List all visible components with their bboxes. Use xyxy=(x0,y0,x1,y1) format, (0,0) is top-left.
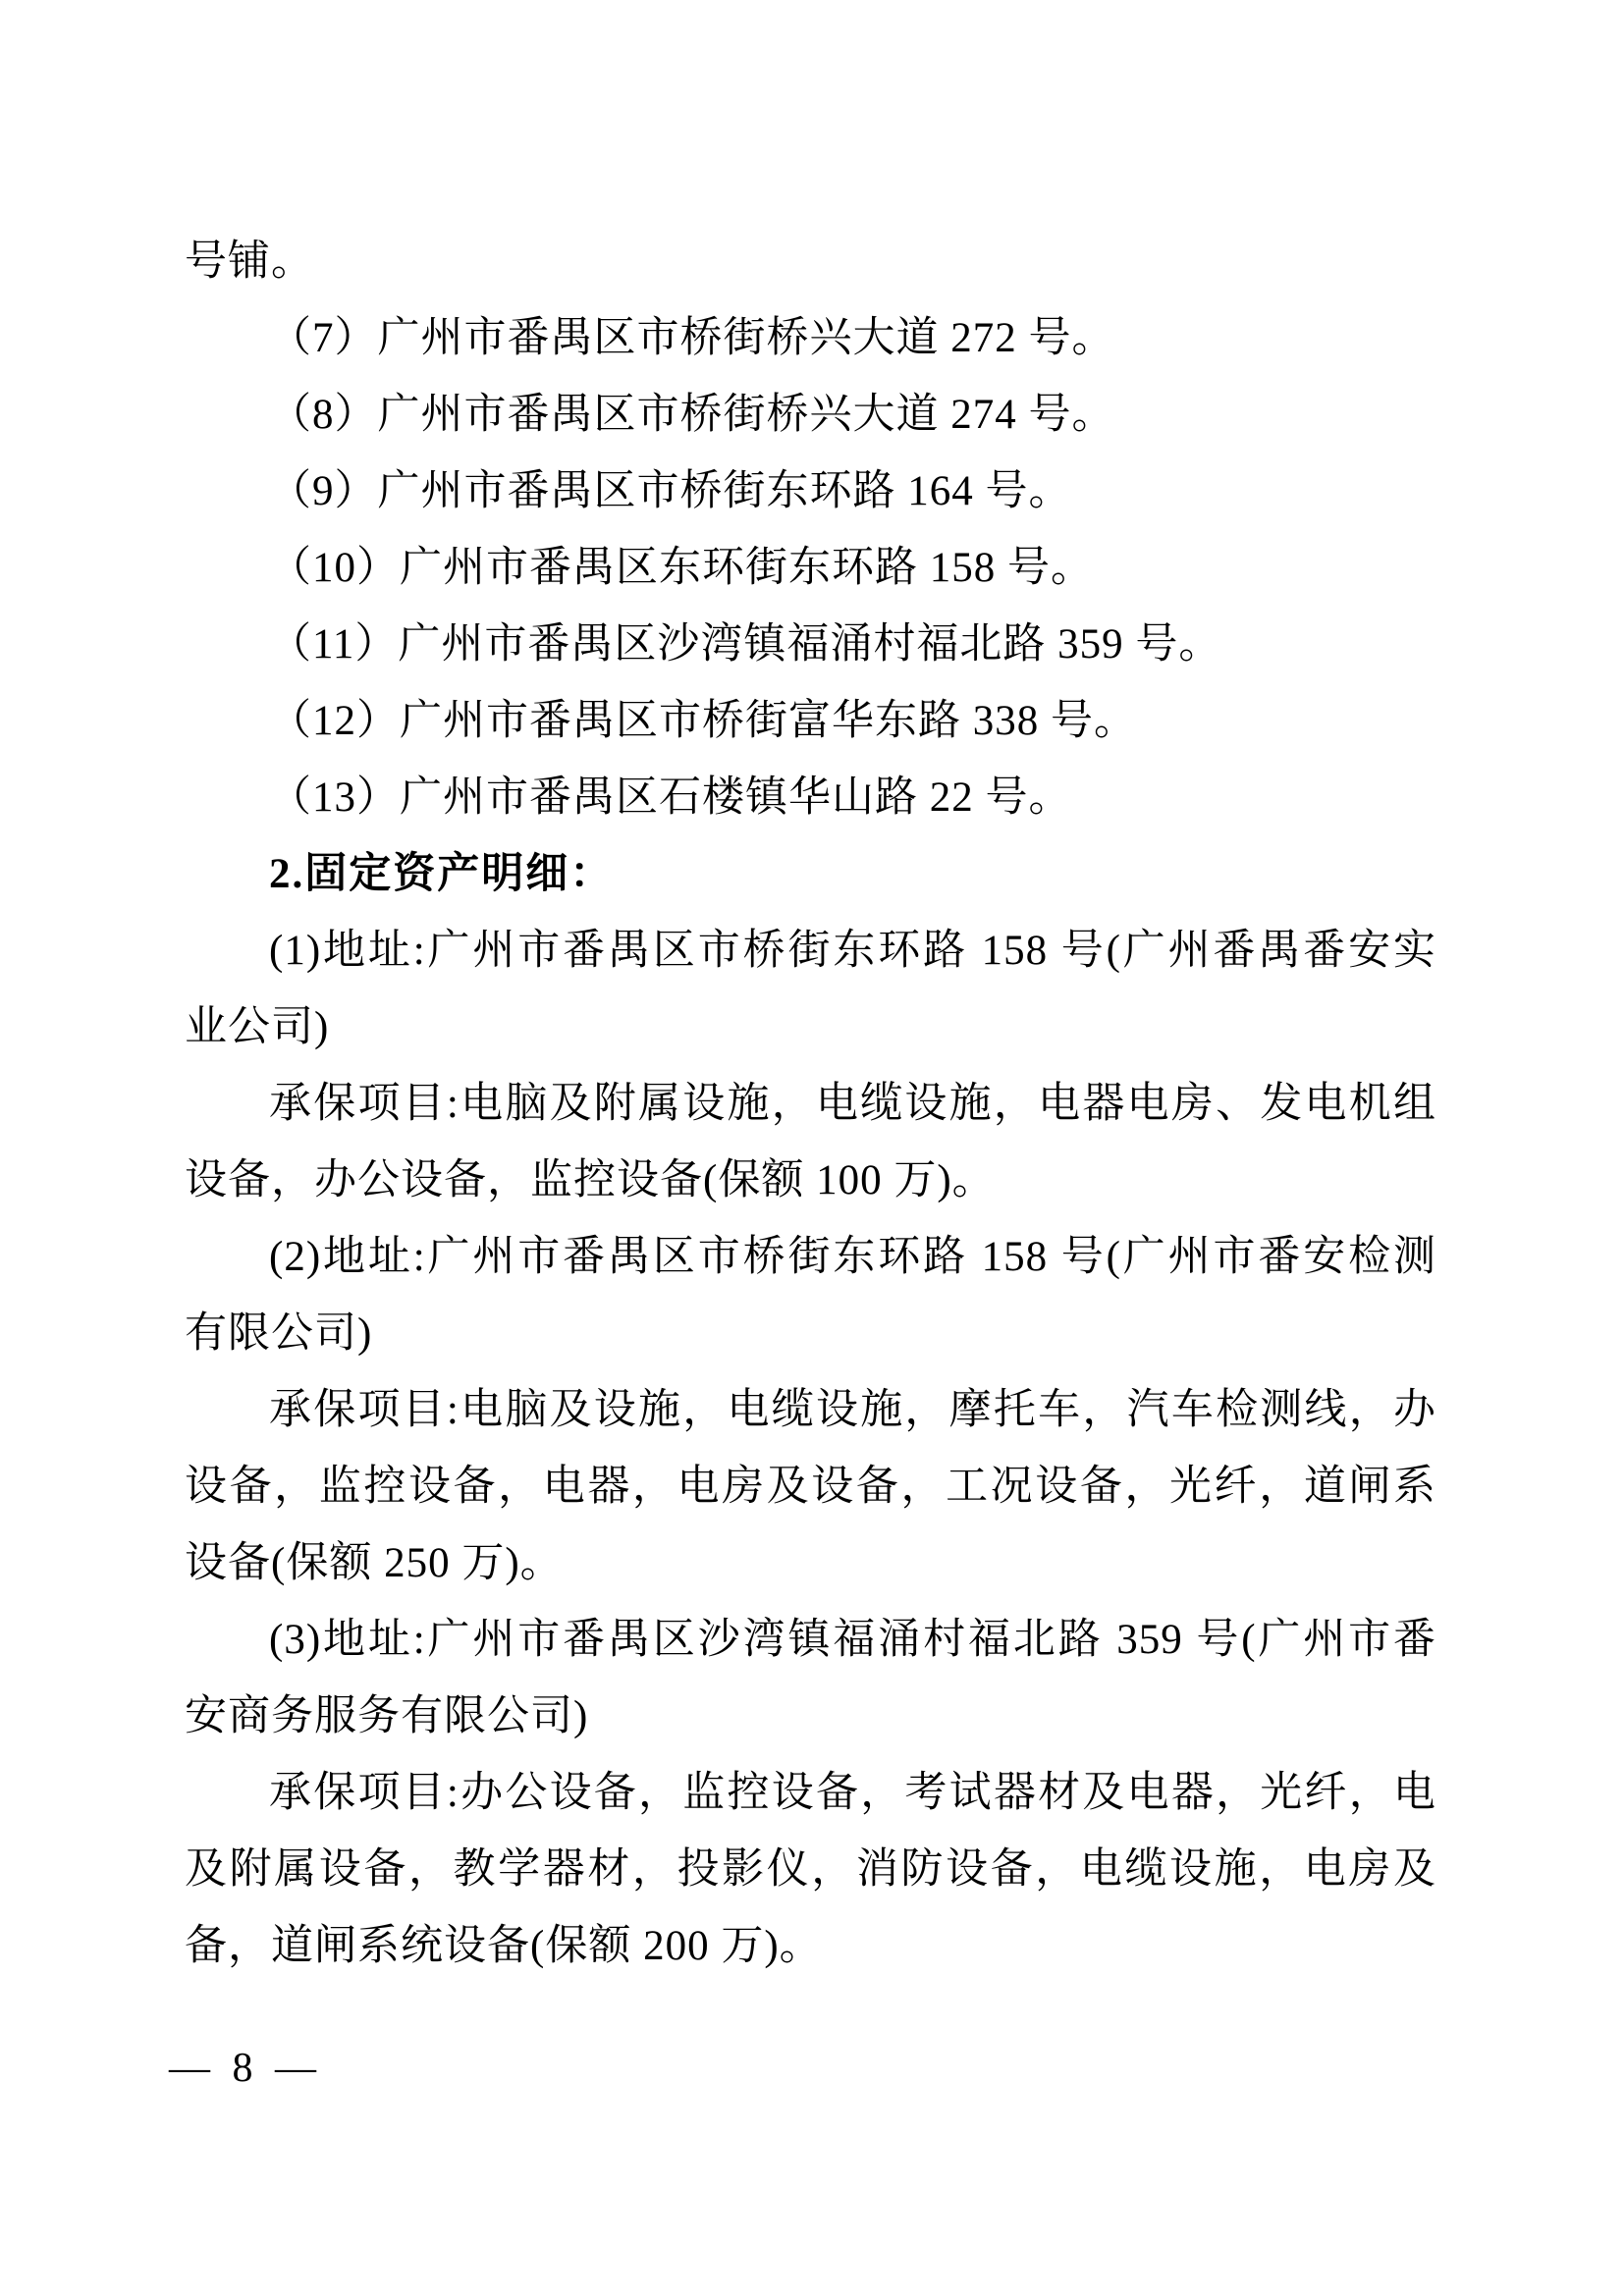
text-line: 有限公司) xyxy=(185,1296,1436,1372)
text-line: 设备(保额 250 万)。 xyxy=(185,1525,1436,1602)
text-line: 设备，办公设备，监控设备(保额 100 万)。 xyxy=(185,1143,1436,1219)
text-line: 备，道闸系统设备(保额 200 万)。 xyxy=(185,1908,1436,1985)
text-line: （8）广州市番禺区市桥街桥兴大道 274 号。 xyxy=(185,377,1436,454)
text-line: 安商务服务有限公司) xyxy=(185,1679,1436,1755)
text-line: 设备，监控设备，电器，电房及设备，工况设备，光纤，道闸系统 xyxy=(185,1449,1436,1525)
text-line: （13）广州市番禺区石楼镇华山路 22 号。 xyxy=(185,760,1436,836)
text-line: 承保项目:电脑及设施，电缆设施，摩托车，汽车检测线，办公 xyxy=(185,1372,1436,1449)
text-line: 及附属设备，教学器材，投影仪，消防设备，电缆设施，电房及设 xyxy=(185,1832,1436,1908)
text-line: 号铺。 xyxy=(185,224,1436,300)
text-line: （7）广州市番禺区市桥街桥兴大道 272 号。 xyxy=(185,300,1436,377)
text-line: 承保项目:电脑及附属设施，电缆设施，电器电房、发电机组及 xyxy=(185,1066,1436,1143)
text-line: 承保项目:办公设备，监控设备，考试器材及电器，光纤，电脑 xyxy=(185,1755,1436,1832)
text-line: 2.固定资产明细： xyxy=(185,836,1436,913)
document-page: 号铺。（7）广州市番禺区市桥街桥兴大道 272 号。（8）广州市番禺区市桥街桥兴… xyxy=(0,0,1624,2296)
text-line: (1)地址:广州市番禺区市桥街东环路 158 号(广州番禺番安实 xyxy=(185,913,1436,989)
text-column: 号铺。（7）广州市番禺区市桥街桥兴大道 272 号。（8）广州市番禺区市桥街桥兴… xyxy=(185,224,1436,1985)
text-line: (3)地址:广州市番禺区沙湾镇福涌村福北路 359 号(广州市番 xyxy=(185,1602,1436,1679)
text-line: （10）广州市番禺区东环街东环路 158 号。 xyxy=(185,530,1436,607)
text-line: 业公司) xyxy=(185,989,1436,1066)
text-line: （9）广州市番禺区市桥街东环路 164 号。 xyxy=(185,454,1436,530)
text-line: （12）广州市番禺区市桥街富华东路 338 号。 xyxy=(185,683,1436,760)
text-line: (2)地址:广州市番禺区市桥街东环路 158 号(广州市番安检测 xyxy=(185,1219,1436,1296)
text-line: （11）广州市番禺区沙湾镇福涌村福北路 359 号。 xyxy=(185,607,1436,683)
page-number: — 8 — xyxy=(169,2044,322,2093)
